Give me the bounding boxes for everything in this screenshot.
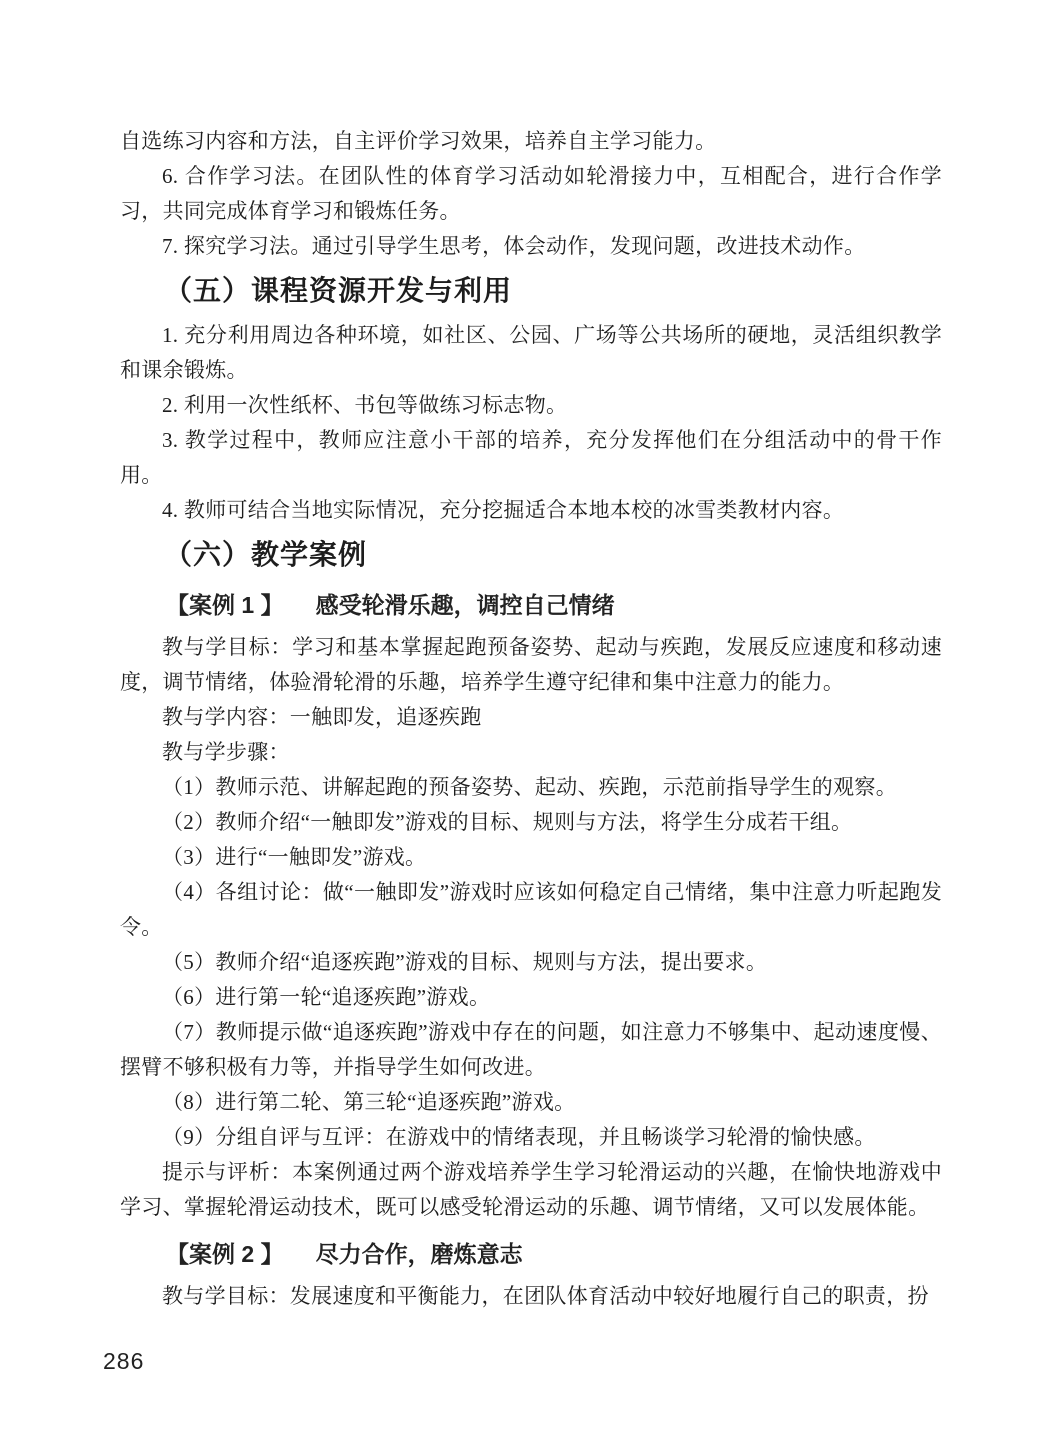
case2-name: 尽力合作，磨炼意志 <box>316 1241 523 1267</box>
case1-step-6: （6）进行第一轮“追逐疾跑”游戏。 <box>120 980 942 1015</box>
section-heading-6: （六）教学案例 <box>120 536 942 576</box>
section5-item-4: 4. 教师可结合当地实际情况，充分挖掘适合本地本校的冰雪类教材内容。 <box>120 493 942 528</box>
case1-remark: 提示与评析：本案例通过两个游戏培养学生学习轮滑运动的兴趣，在愉快地游戏中学习、掌… <box>120 1155 942 1225</box>
case1-step-3: （3）进行“一触即发”游戏。 <box>120 840 942 875</box>
case1-step-1: （1）教师示范、讲解起跑的预备姿势、起动、疾跑，示范前指导学生的观察。 <box>120 770 942 805</box>
case1-step-5: （5）教师介绍“追逐疾跑”游戏的目标、规则与方法，提出要求。 <box>120 945 942 980</box>
case1-step-2: （2）教师介绍“一触即发”游戏的目标、规则与方法，将学生分成若干组。 <box>120 805 942 840</box>
case1-goal: 教与学目标：学习和基本掌握起跑预备姿势、起动与疾跑，发展反应速度和移动速度，调节… <box>120 630 942 700</box>
case1-title: 【案例 1 】感受轮滑乐趣，调控自己情绪 <box>120 588 942 622</box>
case1-step-4: （4）各组讨论：做“一触即发”游戏时应该如何稳定自己情绪，集中注意力听起跑发令。 <box>120 875 942 945</box>
section5-item-1: 1. 充分利用周边各种环境，如社区、公园、广场等公共场所的硬地，灵活组织教学和课… <box>120 318 942 388</box>
case1-step-7: （7）教师提示做“追逐疾跑”游戏中存在的问题，如注意力不够集中、起动速度慢、摆臂… <box>120 1015 942 1085</box>
section5-item-2: 2. 利用一次性纸杯、书包等做练习标志物。 <box>120 388 942 423</box>
paragraph-method-7: 7. 探究学习法。通过引导学生思考，体会动作，发现问题，改进技术动作。 <box>120 229 942 264</box>
case2-goal: 教与学目标：发展速度和平衡能力，在团队体育活动中较好地履行自己的职责，扮 <box>120 1279 942 1314</box>
case1-steps-label: 教与学步骤： <box>120 735 942 770</box>
case1-name: 感受轮滑乐趣，调控自己情绪 <box>316 592 615 618</box>
document-page: 自选练习内容和方法，自主评价学习效果，培养自主学习能力。 6. 合作学习法。在团… <box>0 0 1038 1452</box>
section5-item-3: 3. 教学过程中，教师应注意小干部的培养，充分发挥他们在分组活动中的骨干作用。 <box>120 423 942 493</box>
case1-content: 教与学内容：一触即发，追逐疾跑 <box>120 700 942 735</box>
case2-title: 【案例 2 】尽力合作，磨炼意志 <box>120 1237 942 1271</box>
paragraph-method-6: 6. 合作学习法。在团队性的体育学习活动如轮滑接力中，互相配合，进行合作学习，共… <box>120 159 942 229</box>
page-number: 286 <box>103 1348 144 1375</box>
case1-step-9: （9）分组自评与互评：在游戏中的情绪表现，并且畅谈学习轮滑的愉快感。 <box>120 1120 942 1155</box>
paragraph-carryover: 自选练习内容和方法，自主评价学习效果，培养自主学习能力。 <box>120 124 942 159</box>
case2-label: 【案例 2 】 <box>166 1241 284 1267</box>
section-heading-5: （五）课程资源开发与利用 <box>120 272 942 312</box>
case1-label: 【案例 1 】 <box>166 592 284 618</box>
page-content: 自选练习内容和方法，自主评价学习效果，培养自主学习能力。 6. 合作学习法。在团… <box>120 0 942 1314</box>
case1-step-8: （8）进行第二轮、第三轮“追逐疾跑”游戏。 <box>120 1085 942 1120</box>
